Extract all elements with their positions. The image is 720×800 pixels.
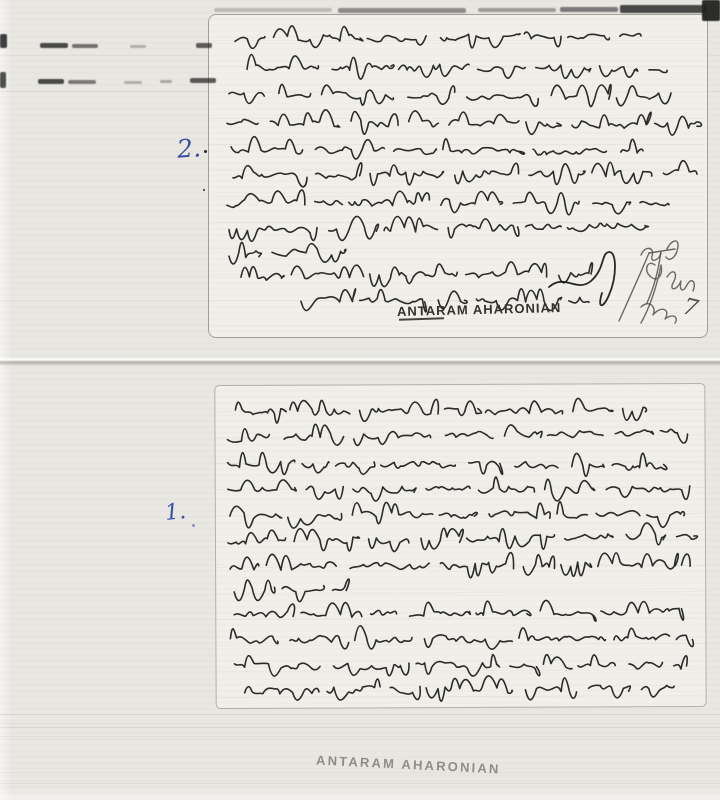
handwriting-line [233, 161, 697, 187]
toner-smudge [190, 78, 216, 83]
scanner-edge-left [0, 0, 12, 800]
copier-streak [0, 783, 720, 784]
handwriting-flourish [549, 252, 615, 305]
handwriting-line [227, 110, 701, 135]
ink-dot [203, 189, 205, 191]
ink-dot [204, 150, 207, 153]
handwriting-line [247, 55, 667, 79]
copier-streak [0, 714, 720, 715]
fold-crease [0, 358, 720, 366]
copier-streak [0, 727, 720, 728]
scanner-edge-bottom [0, 788, 720, 800]
handwriting-line [234, 600, 683, 623]
top-note: ANTARAM AHARONIAN 7 [208, 14, 708, 338]
handwriting-line [245, 675, 675, 702]
handwriting-line [227, 423, 687, 446]
handwriting-line [230, 501, 685, 529]
margin-number-bottom: 1. [164, 499, 187, 526]
toner-smudge [560, 7, 618, 12]
handwriting-line [234, 579, 349, 602]
toner-smudge [130, 45, 146, 48]
handwriting-line [229, 84, 671, 106]
toner-smudge [40, 43, 68, 48]
bottom-note [214, 383, 706, 709]
handwriting-line [230, 552, 690, 579]
handwriting-line [234, 654, 687, 677]
toner-smudge [124, 81, 142, 84]
handwriting-bottom-svg [215, 384, 705, 708]
handwriting-line [228, 476, 690, 502]
toner-smudge [68, 80, 96, 84]
blue-ink-dot [192, 524, 195, 527]
scanned-page: ANTARAM AHARONIAN 7 2. 1. ANT [0, 0, 720, 800]
toner-smudge [478, 8, 556, 12]
toner-smudge [196, 43, 212, 48]
toner-smudge [338, 8, 466, 13]
toner-smudge [160, 80, 172, 83]
copier-streak [0, 723, 720, 724]
handwriting-line [228, 523, 698, 552]
toner-smudge [72, 44, 98, 48]
toner-smudge [620, 5, 706, 13]
handwriting-line [228, 451, 667, 478]
handwriting-top-svg [209, 15, 707, 337]
margin-number-top: 2. [176, 133, 202, 164]
copier-streak [0, 736, 720, 737]
handwriting-line [227, 190, 669, 215]
handwriting-line [231, 137, 643, 159]
toner-blotch-corner [702, 0, 720, 21]
handwriting-flourish [667, 272, 694, 291]
handwriting-line [241, 262, 592, 287]
handwriting-flourish [619, 253, 649, 321]
toner-smudge [214, 8, 332, 12]
toner-smudge [38, 79, 64, 84]
handwriting-line [229, 242, 346, 263]
toner-smudge [0, 72, 6, 88]
handwriting-line [235, 26, 641, 48]
handwriting-line [235, 398, 646, 423]
handwriting-line [229, 216, 648, 241]
handwriting-line [230, 624, 693, 650]
copier-streak [0, 772, 720, 773]
toner-smudge [0, 34, 7, 48]
